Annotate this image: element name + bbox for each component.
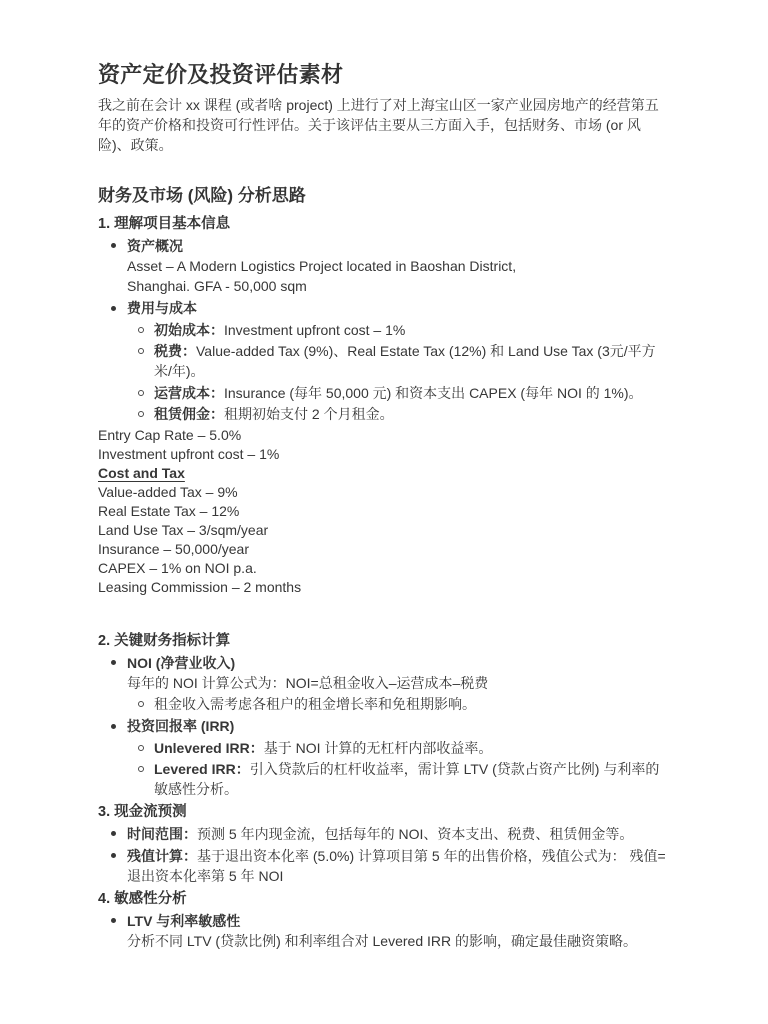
list-item-asset: 资产概况 Asset – A Modern Logistics Project … xyxy=(98,236,670,297)
cost-and-tax-heading: Cost and Tax xyxy=(98,465,185,481)
open-bullet-icon xyxy=(138,348,144,354)
filled-bullet-icon xyxy=(111,853,116,858)
sublist-item: Unlevered IRR：基于 NOI 计算的无杠杆内部收益率。 xyxy=(127,738,670,758)
filled-bullet-icon xyxy=(111,918,116,923)
item-text: Investment upfront cost – 1% xyxy=(224,322,405,338)
bullet-title: LTV 与利率敏感性 xyxy=(127,913,240,929)
item-label: 残值计算： xyxy=(127,848,197,864)
list-item-timeframe: 时间范围：预测 5 年内现金流，包括每年的 NOI、资本支出、税费、租赁佣金等。 xyxy=(98,824,670,844)
filled-bullet-icon xyxy=(111,660,116,665)
item-label: 初始成本： xyxy=(154,322,224,338)
item-label: Levered IRR： xyxy=(154,761,250,777)
sensitivity-list: LTV 与利率敏感性 分析不同 LTV (贷款比例) 和利率组合对 Levere… xyxy=(98,911,670,952)
sublist-item: Levered IRR：引入贷款后的杠杆收益率，需计算 LTV (贷款占资产比例… xyxy=(127,759,670,800)
numbered-heading-1: 1. 理解项目基本信息 xyxy=(98,214,670,235)
bullet-title: NOI (净营业收入) xyxy=(127,655,235,671)
sublist-item: 税费：Value-added Tax (9%)、Real Estate Tax … xyxy=(127,341,670,382)
list-item-ltv: LTV 与利率敏感性 分析不同 LTV (贷款比例) 和利率组合对 Levere… xyxy=(98,911,670,952)
sublist-item: 运营成本：Insurance (每年 50,000 元) 和资本支出 CAPEX… xyxy=(127,383,670,403)
irr-sublist: Unlevered IRR：基于 NOI 计算的无杠杆内部收益率。 Levere… xyxy=(127,738,670,800)
plain-line: Investment upfront cost – 1% xyxy=(98,445,670,464)
item-text: 租金收入需考虑各租户的租金增长率和免租期影响。 xyxy=(154,696,476,712)
numbered-heading-3: 3. 现金流预测 xyxy=(98,802,670,823)
sublist-item: 租金收入需考虑各租户的租金增长率和免租期影响。 xyxy=(127,694,670,714)
filled-bullet-icon xyxy=(111,306,116,311)
list-item-residual: 残值计算：基于退出资本化率 (5.0%) 计算项目第 5 年的出售价格，残值公式… xyxy=(98,846,670,887)
open-bullet-icon xyxy=(138,390,144,396)
open-bullet-icon xyxy=(138,701,144,707)
sublist-item: 租赁佣金：租期初始支付 2 个月租金。 xyxy=(127,404,670,424)
filled-bullet-icon xyxy=(111,243,116,248)
costs-sublist: 初始成本：Investment upfront cost – 1% 税费：Val… xyxy=(127,320,670,424)
plain-line: Insurance – 50,000/year xyxy=(98,540,670,559)
numbered-heading-4: 4. 敏感性分析 xyxy=(98,889,670,910)
list-item-noi: NOI (净营业收入) 每年的 NOI 计算公式为：NOI=总租金收入–运营成本… xyxy=(98,653,670,715)
open-bullet-icon xyxy=(138,411,144,417)
bullet-body: 分析不同 LTV (贷款比例) 和利率组合对 Levered IRR 的影响，确… xyxy=(127,931,670,951)
plain-line: Entry Cap Rate – 5.0% xyxy=(98,426,670,445)
plain-line: Land Use Tax – 3/sqm/year xyxy=(98,521,670,540)
item-text: 基于 NOI 计算的无杠杆内部收益率。 xyxy=(264,740,493,756)
list-item-costs: 费用与成本 初始成本：Investment upfront cost – 1% … xyxy=(98,298,670,424)
noi-sublist: 租金收入需考虑各租户的租金增长率和免租期影响。 xyxy=(127,694,670,714)
project-info-list: 资产概况 Asset – A Modern Logistics Project … xyxy=(98,236,670,425)
open-bullet-icon xyxy=(138,745,144,751)
filled-bullet-icon xyxy=(111,831,116,836)
bullet-title: 投资回报率 (IRR) xyxy=(127,718,234,734)
item-text: 基于退出资本化率 (5.0%) 计算项目第 5 年的出售价格，残值公式为： 残值… xyxy=(127,848,666,884)
plain-line: Leasing Commission – 2 months xyxy=(98,578,670,597)
item-text: 预测 5 年内现金流，包括每年的 NOI、资本支出、税费、租赁佣金等。 xyxy=(197,826,633,842)
cost-and-tax-heading-line: Cost and Tax xyxy=(98,464,670,483)
open-bullet-icon xyxy=(138,766,144,772)
plain-line: CAPEX – 1% on NOI p.a. xyxy=(98,559,670,578)
filled-bullet-icon xyxy=(111,724,116,729)
plain-line: Real Estate Tax – 12% xyxy=(98,502,670,521)
plain-line: Value-added Tax – 9% xyxy=(98,483,670,502)
bullet-title: 费用与成本 xyxy=(127,300,197,316)
cashflow-list: 时间范围：预测 5 年内现金流，包括每年的 NOI、资本支出、税费、租赁佣金等。… xyxy=(98,824,670,887)
open-bullet-icon xyxy=(138,327,144,333)
item-label: 租赁佣金： xyxy=(154,406,224,422)
item-label: Unlevered IRR： xyxy=(154,740,264,756)
bullet-body: Asset – A Modern Logistics Project locat… xyxy=(127,256,670,297)
item-text: Value-added Tax (9%)、Real Estate Tax (12… xyxy=(154,343,656,379)
bullet-title: 资产概况 xyxy=(127,238,183,254)
numbered-heading-2: 2. 关键财务指标计算 xyxy=(98,631,670,652)
financial-metrics-list: NOI (净营业收入) 每年的 NOI 计算公式为：NOI=总租金收入–运营成本… xyxy=(98,653,670,800)
intro-paragraph: 我之前在会计 xx 课程 (或者啥 project) 上进行了对上海宝山区一家产… xyxy=(98,95,670,155)
item-label: 税费： xyxy=(154,343,196,359)
item-label: 时间范围： xyxy=(127,826,197,842)
item-text: Insurance (每年 50,000 元) 和资本支出 CAPEX (每年 … xyxy=(224,385,643,401)
list-item-irr: 投资回报率 (IRR) Unlevered IRR：基于 NOI 计算的无杠杆内… xyxy=(98,716,670,799)
item-label: 运营成本： xyxy=(154,385,224,401)
page-title: 资产定价及投资评估素材 xyxy=(98,62,670,88)
document-page: 资产定价及投资评估素材 我之前在会计 xx 课程 (或者啥 project) 上… xyxy=(0,0,768,1024)
item-text: 租期初始支付 2 个月租金。 xyxy=(224,406,394,422)
analysis-heading: 财务及市场 (风险) 分析思路 xyxy=(98,185,670,207)
bullet-body: 每年的 NOI 计算公式为：NOI=总租金收入–运营成本–税费 xyxy=(127,673,670,693)
sublist-item: 初始成本：Investment upfront cost – 1% xyxy=(127,320,670,340)
